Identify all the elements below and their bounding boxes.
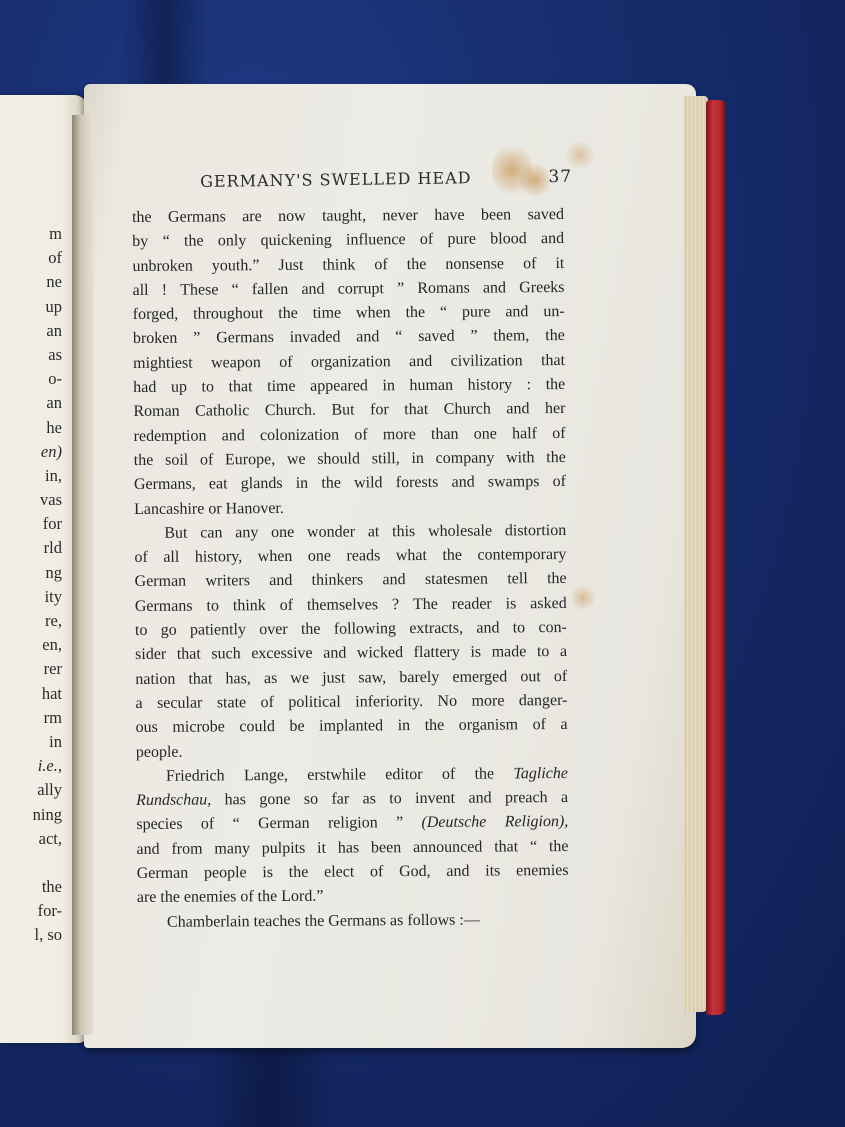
left-line: re,: [0, 609, 62, 633]
text-line: thesoilofEurope,weshouldstill,incompanyw…: [134, 446, 566, 473]
left-line: m: [0, 222, 62, 246]
page-number: 37: [548, 167, 572, 187]
left-line: for: [0, 512, 62, 536]
left-page-text: m of ne up an as o- an he en) in, vas fo…: [0, 222, 62, 948]
text-line: asecularstateofpoliticalinferiority.Nomo…: [135, 689, 567, 716]
text-line: nationthathas,aswejustsaw,barelyemergedo…: [135, 665, 567, 692]
text-line: speciesof“Germanreligion”(DeutscheReligi…: [136, 810, 568, 837]
left-line: en,: [0, 633, 62, 657]
text-line: redemptionandcolonizationofmorethanoneha…: [134, 422, 566, 449]
text-line: forged,throughoutthetimewhenthe“pureandu…: [133, 300, 565, 327]
left-line: ity: [0, 585, 62, 609]
text-line: broken”Germansinvadedand“saved”them,the: [133, 324, 565, 351]
left-line: in: [0, 730, 62, 754]
left-line: as: [0, 343, 62, 367]
text-line: Germans,eatglandsinthewildforestsandswam…: [134, 470, 566, 497]
text-line: Germanwritersandthinkersandstatesmentell…: [135, 567, 567, 594]
left-line: ning: [0, 803, 62, 827]
left-line: rer: [0, 657, 62, 681]
text-line: RomanCatholicChurch.ButforthatChurchandh…: [133, 397, 565, 424]
left-line: an: [0, 319, 62, 343]
text-line: all!These“fallenandcorrupt”RomansandGree…: [133, 276, 565, 303]
left-line: i.e.,: [0, 754, 62, 778]
text-line: ousmicrobecouldbeimplantedintheorganismo…: [136, 713, 568, 740]
left-line: ne: [0, 270, 62, 294]
text-line: ofallhistory,whenonereadswhatthecontempo…: [134, 543, 566, 570]
left-line: en): [0, 440, 62, 464]
left-line: of: [0, 246, 62, 270]
left-line: up: [0, 295, 62, 319]
fabric-fold: [200, 1040, 340, 1127]
text-line: are the enemies of the Lord.”: [137, 883, 569, 910]
left-line: rm: [0, 706, 62, 730]
left-line: o-: [0, 367, 62, 391]
foxing-stain: [565, 140, 595, 170]
text-line: GermanpeopleistheelectofGod,anditsenemie…: [137, 859, 569, 886]
left-line: ally: [0, 778, 62, 802]
text-line: unbrokenyouth.”Justthinkofthenonsenseofi…: [132, 252, 564, 279]
text-line: andfrommanypulpitsithasbeenannouncedthat…: [136, 835, 568, 862]
text-line: Rundschau,hasgonesofarastoinventandpreac…: [136, 786, 568, 813]
left-line: [0, 851, 62, 875]
text-line: haduptothattimeappearedinhumanhistory:th…: [133, 373, 565, 400]
left-line: an: [0, 391, 62, 415]
text-line: mightiestweaponoforganizationandciviliza…: [133, 349, 565, 376]
text-line: Butcananyonewonderatthiswholesaledistort…: [134, 519, 566, 546]
left-line: he: [0, 416, 62, 440]
text-line: siderthatsuchexcessiveandwickedflatteryi…: [135, 640, 567, 667]
left-line: for-: [0, 899, 62, 923]
body-text: theGermansarenowtaught,neverhavebeensave…: [132, 203, 569, 935]
book-gutter: [72, 115, 94, 1035]
left-line: vas: [0, 488, 62, 512]
foxing-stain: [520, 160, 550, 200]
text-line: by“theonlyquickeninginfluenceofpureblood…: [132, 227, 564, 254]
text-line: Chamberlain teaches the Germans as follo…: [137, 908, 569, 935]
foxing-stain: [570, 585, 596, 611]
text-line: FriedrichLange,erstwhileeditoroftheTagli…: [136, 762, 568, 789]
text-line: people.: [136, 738, 568, 765]
text-line: Germanstothinkofthemselves?Thereaderisas…: [135, 592, 567, 619]
left-line: in,: [0, 464, 62, 488]
text-line: Lancashire or Hanover.: [134, 495, 566, 522]
page-edges: [684, 96, 708, 1012]
left-line: ng: [0, 561, 62, 585]
chapter-title: GERMANY'S SWELLED HEAD: [200, 168, 472, 191]
left-line: l, so: [0, 923, 62, 947]
left-line: act,: [0, 827, 62, 851]
book-cover-edge: [706, 100, 726, 1015]
text-line: theGermansarenowtaught,neverhavebeensave…: [132, 203, 564, 230]
left-line: rld: [0, 536, 62, 560]
text-line: togopatientlyoverthefollowingextracts,an…: [135, 616, 567, 643]
left-line: the: [0, 875, 62, 899]
left-line: hat: [0, 682, 62, 706]
